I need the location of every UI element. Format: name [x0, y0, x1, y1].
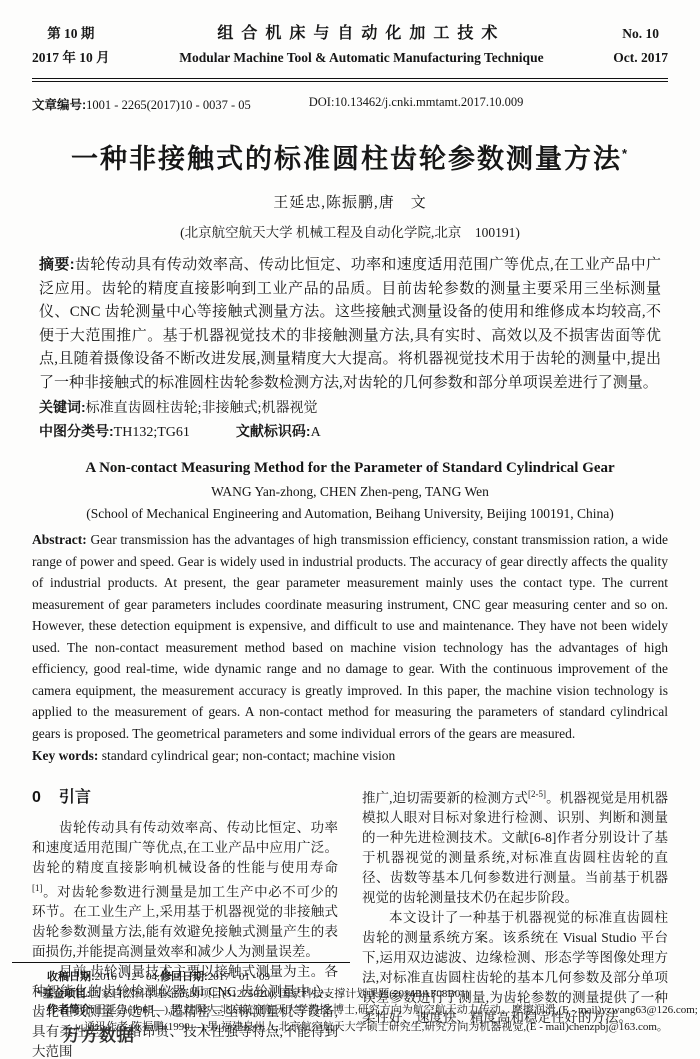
wanfang-watermark: 万方数据 [63, 1021, 135, 1046]
issue-date-cn: 2017 年 10 月 [32, 46, 110, 70]
abstract-en: Abstract: Gear transmission has the adva… [32, 529, 668, 744]
doc-code-label: 文献标识码: [236, 423, 311, 439]
header-issue-en: No. 10 Oct. 2017 [613, 16, 668, 71]
doi-label: DOI: [309, 95, 335, 109]
footnote-dates: 收稿日期:2016 - 12 - 04;修回日期:2017 - 01 - 09 [32, 969, 668, 986]
clc-value: TH132;TG61 [114, 425, 190, 440]
abstract-en-label: Abstract: [32, 532, 87, 547]
header-issue-cn: 第 10 期 2017 年 10 月 [32, 16, 110, 71]
clc-number: 中图分类号:TH132;TG61 [39, 420, 190, 444]
fund-label: 基金项目: [43, 988, 91, 1000]
abstract-en-text: Gear transmission has the advantages of … [32, 532, 668, 741]
authors-en: WANG Yan-zhong, CHEN Zhen-peng, TANG Wen [32, 484, 668, 500]
english-section: A Non-contact Measuring Method for the P… [32, 460, 668, 767]
keywords-en-label: Key words: [32, 748, 98, 763]
section-title: 引言 [59, 789, 91, 806]
affiliation-en: (School of Mechanical Engineering and Au… [32, 506, 668, 522]
affiliation-cn: (北京航空航天大学 机械工程及自动化学院,北京 100191) [32, 221, 668, 241]
revised-date: 2017 - 01 - 09 [208, 971, 270, 983]
authors-cn: 王延忠,陈振鹏,唐 文 [32, 191, 668, 212]
article-number-value: 1001 - 2265(2017)10 - 0037 - 05 [86, 98, 251, 112]
received-date: 2016 - 12 - 04; [95, 971, 160, 983]
journal-title-block: 组合机床与自动化加工技术 Modular Machine Tool & Auto… [110, 16, 614, 66]
journal-header: 第 10 期 2017 年 10 月 组合机床与自动化加工技术 Modular … [32, 16, 668, 71]
intro-paragraph: 推广,迫切需要新的检测方式[2-5]。机器视觉是用机器模拟人眼对目标对象进行检测… [362, 784, 668, 909]
abstract-cn-text: 齿轮传动具有传动效率高、传动比恒定、功率和速度适用范围广等优点,在工业产品中广泛… [39, 257, 661, 391]
intro-paragraph: 齿轮传动具有传动效率高、传动比恒定、功率和速度适用范围广等优点,在工业产品中应用… [32, 818, 338, 963]
keywords-cn: 关键词:标准直齿圆柱齿轮;非接触式;机器视觉 [32, 396, 668, 420]
journal-title-en: Modular Machine Tool & Automatic Manufac… [110, 50, 614, 66]
abstract-cn: 摘要:齿轮传动具有传动效率高、传动比恒定、功率和速度适用范围广等优点,在工业产品… [32, 253, 668, 395]
keywords-en: Key words: standard cylindrical gear; no… [32, 745, 668, 767]
doc-code-value: A [311, 425, 321, 440]
section-heading-introduction: 0引言 [32, 788, 338, 808]
issue-date-en: Oct. 2017 [613, 46, 668, 70]
journal-title-cn: 组合机床与自动化加工技术 [110, 20, 614, 43]
title-footnote-mark: * [622, 146, 629, 161]
bio2-text: 陈振鹏(1990—),男,福建泉州人,北京航空航天大学硕士研究生,研究方向为机器… [131, 1021, 668, 1033]
article-number-label: 文章编号: [32, 98, 86, 112]
issue-number-en: No. 10 [613, 22, 668, 46]
revised-date-label: 修回日期: [160, 971, 208, 983]
keywords-en-text: standard cylindrical gear; non-contact; … [102, 748, 396, 763]
clc-label: 中图分类号: [39, 423, 114, 439]
section-number: 0 [32, 789, 41, 806]
abstract-cn-label: 摘要: [39, 256, 75, 273]
bio-label: 作者简介: [47, 1004, 95, 1016]
title-en: A Non-contact Measuring Method for the P… [32, 460, 668, 477]
keywords-cn-label: 关键词: [39, 399, 86, 415]
received-date-label: 收稿日期: [47, 971, 95, 983]
doc-code: 文献标识码:A [236, 420, 321, 444]
article-number: 文章编号:1001 - 2265(2017)10 - 0037 - 05 [32, 95, 251, 113]
article-meta-row: 文章编号:1001 - 2265(2017)10 - 0037 - 05 DOI… [32, 95, 668, 113]
header-divider [32, 78, 668, 83]
doi-value: 10.13462/j.cnki.mmtamt.2017.10.009 [334, 95, 523, 109]
page-title: 一种非接触式的标准圆柱齿轮参数测量方法* [32, 137, 668, 176]
footnote-fund: *基金项目:国家自然科学基金资助项目(51275020); 国家科技支撑计划课题… [32, 986, 668, 1003]
classification-row: 中图分类号:TH132;TG61 文献标识码:A [32, 420, 668, 444]
fund-text: 国家自然科学基金资助项目(51275020); 国家科技支撑计划课题(2014B… [90, 988, 469, 1000]
paper-page: 第 10 期 2017 年 10 月 组合机床与自动化加工技术 Modular … [0, 0, 700, 1059]
footnote-author-bio: 作者简介:王延忠(1963—),男,沈阳人,北京航空航天大学教授,博士,研究方向… [32, 1002, 668, 1019]
keywords-cn-text: 标准直齿圆柱齿轮;非接触式;机器视觉 [86, 401, 318, 416]
footnote-divider [12, 962, 350, 963]
bio-text: 王延忠(1963—),男,沈阳人,北京航空航天大学教授,博士,研究方向为航空航天… [95, 1004, 698, 1016]
issue-number-cn: 第 10 期 [32, 22, 110, 46]
title-text: 一种非接触式的标准圆柱齿轮参数测量方法 [71, 144, 622, 174]
article-doi: DOI:10.13462/j.cnki.mmtamt.2017.10.009 [309, 95, 524, 113]
